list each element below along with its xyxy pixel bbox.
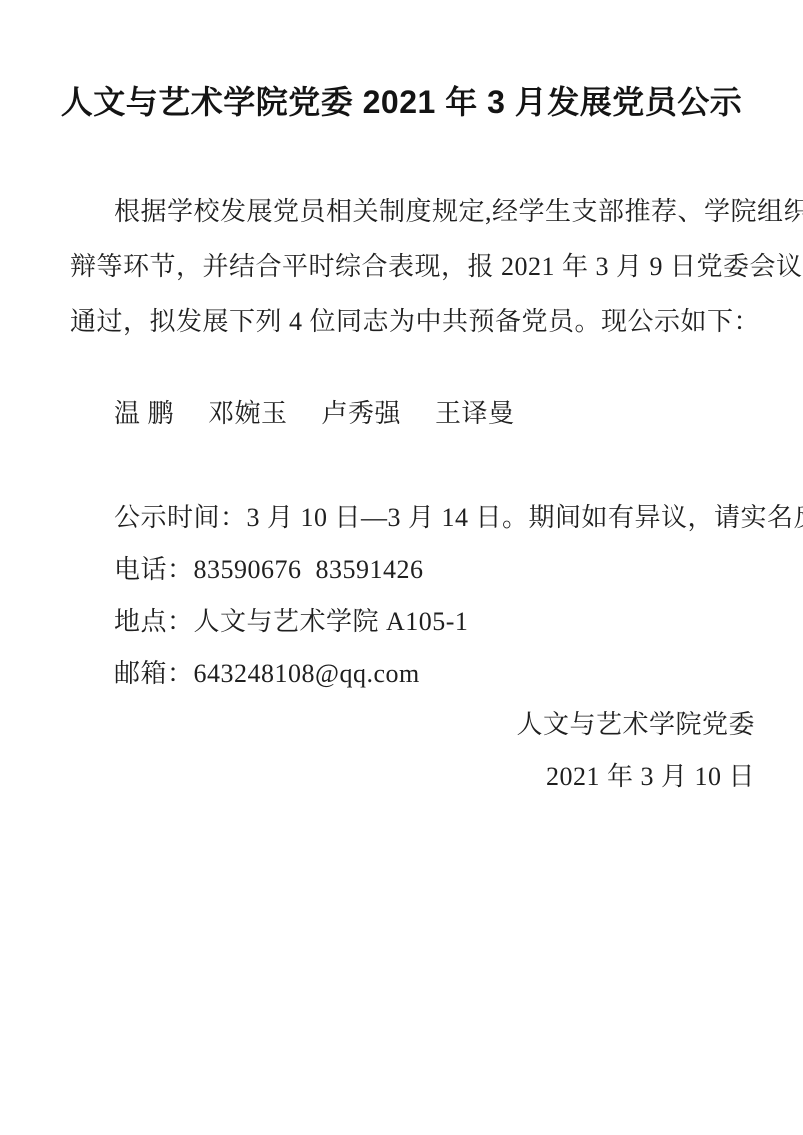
body-line: 根据学校发展党员相关制度规定,经学生支部推荐、学院组织答 [70,184,770,239]
document-page: 人文与艺术学院党委 2021 年 3 月发展党员公示 根据学校发展党员相关制度规… [0,0,803,1135]
candidate-name: 卢秀强 [322,386,402,441]
body-paragraph: 根据学校发展党员相关制度规定,经学生支部推荐、学院组织答 辩等环节，并结合平时综… [70,184,770,349]
body-line: 通过，拟发展下列 4 位同志为中共预备党员。现公示如下： [70,294,770,349]
location-line: 地点：人文与艺术学院 A105-1 [114,596,803,648]
notice-period-line: 公示时间：3 月 10 日—3 月 14 日。期间如有异议，请实名反映。 [114,492,803,544]
notice-block: 公示时间：3 月 10 日—3 月 14 日。期间如有异议，请实名反映。 电话：… [114,492,803,700]
signature-block: 人文与艺术学院党委 2021 年 3 月 10 日 [516,699,755,803]
candidate-name: 温 鹏 [114,386,174,441]
document-title: 人文与艺术学院党委 2021 年 3 月发展党员公示 [0,82,803,122]
signature-date: 2021 年 3 月 10 日 [516,751,755,803]
email-line: 邮箱：643248108@qq.com [114,648,803,700]
candidate-name: 邓婉玉 [208,386,288,441]
phone-line: 电话：83590676 83591426 [114,544,803,596]
body-line: 辩等环节，并结合平时综合表现，报 2021 年 3 月 9 日党委会议审议 [70,239,770,294]
candidate-name: 王译曼 [435,386,515,441]
signature-org: 人文与艺术学院党委 [516,699,755,751]
candidate-names-row: 温 鹏 邓婉玉 卢秀强 王译曼 [114,386,515,441]
